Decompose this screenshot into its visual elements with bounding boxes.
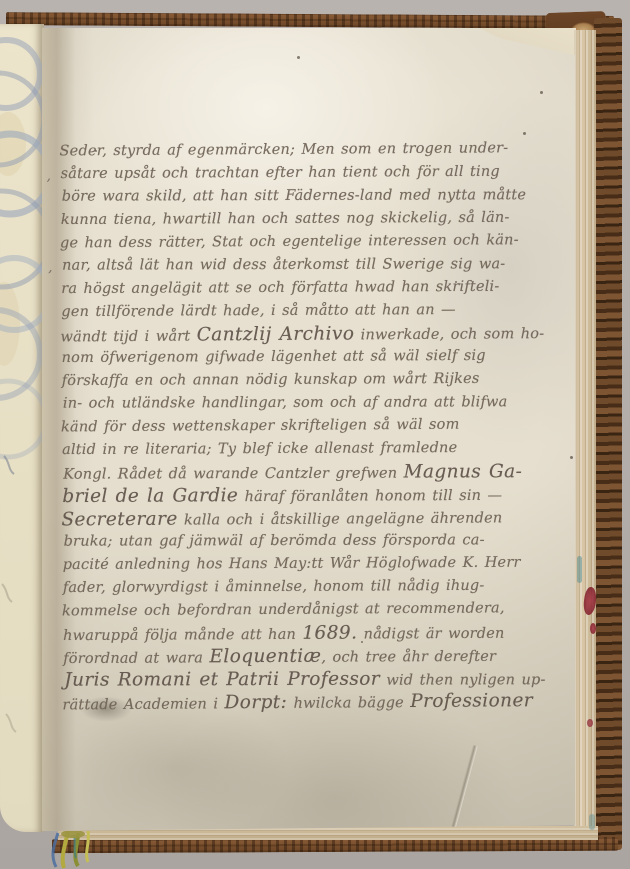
manuscript-text-segment: bruka; utan gaf jämwäl af berömda dess f… xyxy=(64,532,485,549)
margin-mark: ‚ xyxy=(48,257,52,280)
manuscript-text-segment: fader, glorwyrdigst i åminnelse, honom t… xyxy=(63,578,485,596)
manuscript-line: ge han dess rätter, Stat och egentelige … xyxy=(60,230,464,256)
book-cover-top-edge xyxy=(6,12,614,29)
dust-speck xyxy=(455,281,457,283)
dust-speck xyxy=(297,56,300,59)
manuscript-line: kunna tiena, hwartill han och sattes nog… xyxy=(61,207,465,232)
dust-speck xyxy=(570,456,573,459)
manuscript-text-segment: kommelse och befordran underdånigst at r… xyxy=(62,600,505,619)
manuscript-emphasized-text: 1689. xyxy=(302,623,357,644)
manuscript-text-segment: känd för dess wettenskaper skrifteligen … xyxy=(61,417,460,436)
manuscript-text-segment: rättade Academien i xyxy=(62,696,224,713)
red-wax-mark xyxy=(590,623,596,634)
margin-mark: ‚ xyxy=(47,165,51,188)
manuscript-line: ‚såtare upsåt och trachtan efter han tie… xyxy=(61,161,465,186)
manuscript-emphasized-text: briel de la Gardie xyxy=(62,485,238,507)
manuscript-text-segment: kalla och i åtskillige angelägne ährende… xyxy=(178,510,503,528)
manuscript-line: Secreterare kalla och i åtskillige angel… xyxy=(61,506,465,532)
manuscript-text-segment: häraf föranlåten honom till sin — xyxy=(238,488,502,505)
manuscript-text-segment: hwaruppå följa månde att han xyxy=(63,627,302,644)
manuscript-emphasized-text: Juris Romani et Patrii Professor xyxy=(64,669,380,691)
book-cover-right-edge xyxy=(594,18,622,850)
manuscript-text-segment: Seder, styrda af egenmärcken; Men som en… xyxy=(59,140,508,159)
manuscript-text-segment: pacité anledning hos Hans May:tt Wår Hög… xyxy=(63,555,521,573)
manuscript-text-segment: , och tree åhr derefter xyxy=(321,649,496,666)
manuscript-text-segment: gen tillförende lärdt hade, i så måtto a… xyxy=(61,302,456,320)
dust-speck xyxy=(133,315,135,317)
manuscript-line: förskaffa en och annan nödig kunskap om … xyxy=(62,368,466,393)
manuscript-line: Kongl. Rådet då warande Cantzler grefwen… xyxy=(63,460,467,484)
manuscript-text-segment: såtare upsåt och trachtan efter han tien… xyxy=(61,164,500,182)
manuscript-line: kommelse och befordran underdånigst at r… xyxy=(62,598,466,624)
manuscript-line: wändt tijd i wårt Cantzlij Archivo inwer… xyxy=(60,322,464,348)
manuscript-text-segment: böre wara skild, att han sitt Fädernes-l… xyxy=(62,187,526,204)
manuscript-emphasized-text: Dorpt: xyxy=(224,692,287,713)
manuscript-line: fader, glorwyrdigst i åminnelse, honom t… xyxy=(63,575,467,600)
manuscript-text-segment: nom öfwerigenom gifwade lägenhet att så … xyxy=(62,348,486,366)
manuscript-line: in- och utländske handlingar, som och af… xyxy=(63,391,467,415)
manuscript-line: altid in re literaria; Ty blef icke alle… xyxy=(62,437,466,462)
red-wax-mark xyxy=(587,719,593,727)
manuscript-emphasized-text: Eloquentiæ xyxy=(209,646,321,668)
manuscript-line: gen tillförende lärdt hade, i så måtto a… xyxy=(61,299,465,324)
dust-speck xyxy=(95,150,97,152)
manuscript-text-segment: Kongl. Rådet då warande Cantzler grefwen xyxy=(63,466,403,483)
manuscript-line: bruka; utan gaf jämwäl af berömda dess f… xyxy=(64,529,468,553)
dust-speck xyxy=(361,641,363,643)
manuscript-line: nom öfwerigenom gifwade lägenhet att så … xyxy=(62,345,466,370)
manuscript-line: Seder, styrda af egenmärcken; Men som en… xyxy=(59,138,463,164)
manuscript-text-segment: nådigst är worden xyxy=(357,626,504,643)
manuscript-text-segment: ra högst angelägit att se och författa h… xyxy=(61,279,499,297)
teal-edge-fleck xyxy=(577,556,582,583)
dust-speck xyxy=(523,132,526,135)
marble-swirls xyxy=(0,24,42,832)
manuscript-line: pacité anledning hos Hans May:tt Wår Hög… xyxy=(63,552,467,577)
manuscript-text-segment: wändt tijd i wårt xyxy=(60,328,196,345)
manuscript-text-segment: wid then nyligen up- xyxy=(380,672,546,689)
manuscript-text-segment: förordnad at wara xyxy=(63,650,209,667)
teal-edge-fleck xyxy=(589,814,595,830)
manuscript-text-segment: nar, altså lät han wid dess återkomst ti… xyxy=(62,256,505,273)
manuscript-line: hwaruppå följa månde att han 1689. nådig… xyxy=(63,621,467,646)
tassel-strands-icon xyxy=(46,831,120,869)
marbled-endpaper xyxy=(0,24,44,832)
manuscript-line: rättade Academien i Dorpt: hwilcka bägge… xyxy=(62,690,466,716)
manuscript-emphasized-text: Cantzlij Archivo xyxy=(197,323,355,345)
bookmark-tassel xyxy=(46,831,120,869)
manuscript-line: briel de la Gardie häraf föranlåten hono… xyxy=(62,483,466,508)
manuscript-line: känd för dess wettenskaper skrifteligen … xyxy=(61,414,465,440)
manuscript-text-segment: ge han dess rätter, Stat och egentelige … xyxy=(60,232,519,251)
dust-speck xyxy=(540,91,543,94)
manuscript-text-segment: in- och utländske handlingar, som och af… xyxy=(63,394,508,411)
manuscript-text-segment: altid in re literaria; Ty blef icke alle… xyxy=(62,440,457,458)
manuscript-line: förordnad at wara Eloquentiæ, och tree å… xyxy=(63,644,467,669)
manuscript-line: ra högst angelägit att se och författa h… xyxy=(61,276,465,301)
manuscript-emphasized-text: Magnus Ga- xyxy=(404,461,523,482)
manuscript-line: Juris Romani et Patrii Professor wid the… xyxy=(64,667,468,691)
manuscript-page: Seder, styrda af egenmärcken; Men som en… xyxy=(42,28,575,831)
manuscript-photo: Seder, styrda af egenmärcken; Men som en… xyxy=(0,0,630,869)
manuscript-text-segment: hwilcka bägge xyxy=(287,695,410,712)
manuscript-text: Seder, styrda af egenmärcken; Men som en… xyxy=(60,138,467,730)
manuscript-emphasized-text: Professioner xyxy=(410,690,533,712)
manuscript-emphasized-text: Secreterare xyxy=(61,509,177,531)
manuscript-text-segment: kunna tiena, hwartill han och sattes nog… xyxy=(61,210,510,228)
manuscript-text-segment: förskaffa en och annan nödig kunskap om … xyxy=(62,371,480,389)
page-stack-edge-right xyxy=(574,30,596,836)
manuscript-line: ‚nar, altså lät han wid dess återkomst t… xyxy=(62,253,466,277)
manuscript-text-segment: inwerkade, och som ho- xyxy=(354,326,544,343)
manuscript-line: böre wara skild, att han sitt Fädernes-l… xyxy=(62,184,466,208)
